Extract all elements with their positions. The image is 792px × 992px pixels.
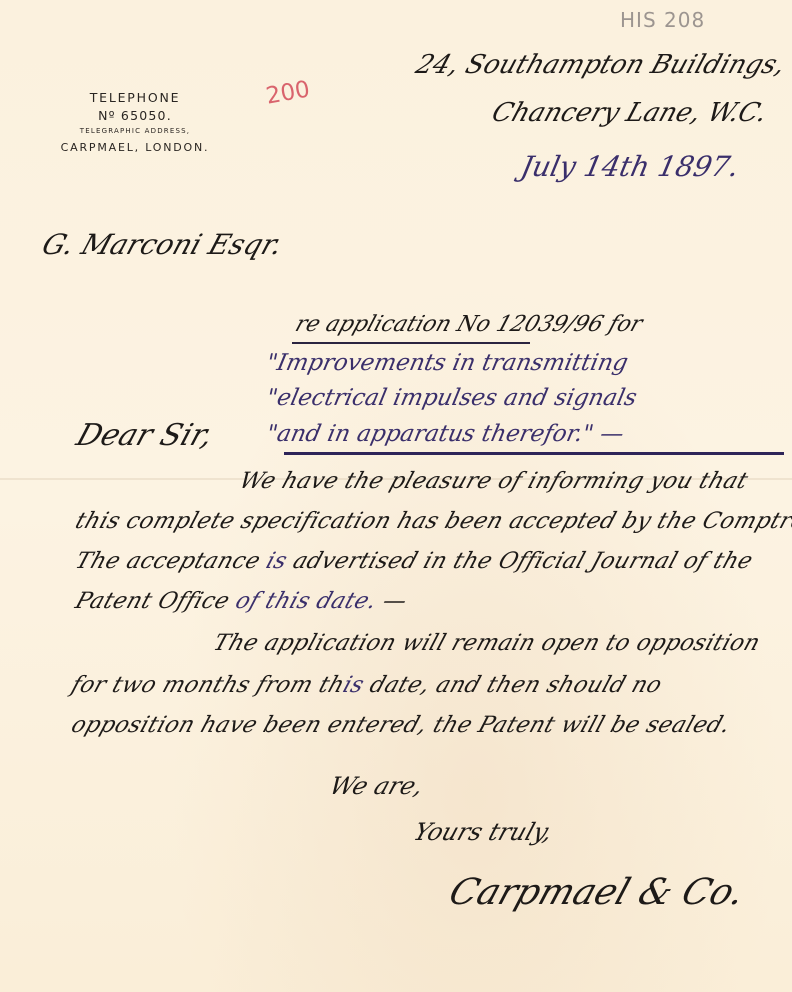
telephone-number: Nº 65050. bbox=[40, 107, 230, 124]
sender-address-line2: Chancery Lane, W.C. bbox=[488, 98, 771, 128]
letterhead: TELEPHONE Nº 65050. TELEGRAPHIC ADDRESS,… bbox=[40, 88, 230, 157]
telegraphic-address: CARPMAEL, LONDON. bbox=[40, 139, 230, 157]
closing-we-are: We are, bbox=[326, 772, 427, 800]
body-line-6-text-a: for two months from th bbox=[68, 672, 348, 698]
body-line-3-text-a: The acceptance bbox=[72, 548, 271, 574]
sender-address-line1: 24, Southampton Buildings, bbox=[412, 50, 789, 80]
subject-reference: re application No 12039/96 for bbox=[292, 312, 646, 337]
body-line-1: We have the pleasure of informing you th… bbox=[236, 468, 751, 494]
archive-reference: HIS 208 bbox=[620, 8, 705, 32]
salutation: Dear Sir, bbox=[72, 418, 218, 453]
body-line-4-handwritten: of this date. bbox=[232, 588, 380, 614]
subject-title-underline bbox=[284, 452, 784, 455]
subject-reference-underline bbox=[292, 342, 530, 344]
subject-title-line2: "electrical impulses and signals bbox=[264, 385, 639, 411]
body-line-7: opposition have been entered, the Patent… bbox=[68, 712, 734, 738]
body-line-4: Patent Office of this date. — bbox=[72, 588, 411, 614]
subject-title-line3: "and in apparatus therefor." — bbox=[264, 421, 626, 447]
telephone-label: TELEPHONE bbox=[40, 88, 230, 107]
closing-yours-truly: Yours truly, bbox=[410, 818, 556, 846]
letter-date: July 14th 1897. bbox=[518, 150, 742, 183]
body-line-3: The acceptance is advertised in the Offi… bbox=[72, 548, 756, 574]
subject-title-line1: "Improvements in transmitting bbox=[264, 350, 630, 376]
telegraphic-label: TELEGRAPHIC ADDRESS, bbox=[40, 124, 230, 139]
body-line-6-text-b: date, and then should no bbox=[359, 672, 665, 698]
body-line-3-text-b: advertised in the Official Journal of th… bbox=[282, 548, 756, 574]
body-line-4-text-a: Patent Office bbox=[72, 588, 241, 614]
recipient: G. Marconi Esqr. bbox=[38, 228, 287, 261]
body-line-6: for two months from this date, and then … bbox=[68, 672, 665, 698]
signature: Carpmael & Co. bbox=[444, 872, 750, 913]
body-line-5: The application will remain open to oppo… bbox=[210, 630, 763, 656]
body-line-2: this complete specification has been acc… bbox=[72, 508, 792, 534]
